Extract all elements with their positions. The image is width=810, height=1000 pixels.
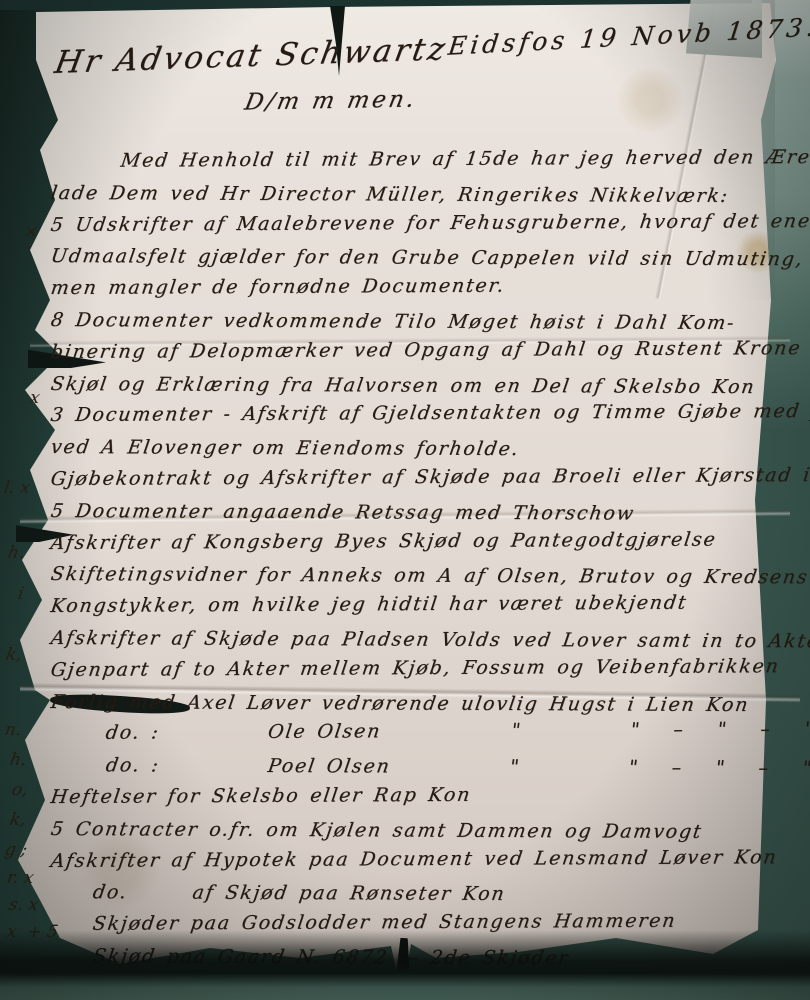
body-line: Afskrifter af Kongsberg Byes Skjød og Pa… [48,528,795,564]
background-bottom-shadow [0,930,810,1000]
body-line: binering af Delopmærker ved Opgang af Da… [48,337,795,373]
margin-mark: i [16,584,25,604]
margin-mark: h. [8,750,28,770]
letter-photo: Eidsfos 19 Novb 1873. Hr Advocat Schwart… [0,0,810,1000]
margin-mark: l. x [2,478,31,498]
margin-mark: r. x [5,868,35,888]
salutation-line: D/m m men. [242,86,419,115]
body-line: Gjenpart af to Akter mellem Kjøb, Fossum… [48,655,795,691]
body-line: 3 Documenter - Afskrift af Gjeldsentakte… [48,400,795,436]
body-line: Gjøbekontrakt og Afskrifter af Skjøde pa… [48,464,795,500]
margin-mark: k, [4,645,23,665]
body-line: Afskrifter af Hypotek paa Document ved L… [48,846,795,882]
body-line: Med Henhold til mit Brev af 15de har jeg… [48,146,795,182]
margin-mark: h. [6,543,26,563]
margin-mark: n. [3,720,23,740]
margin-mark: g ; [3,840,29,860]
body-line: Heftelser for Skelsbo eller Rap Kon [48,782,795,818]
margin-mark: o, [10,780,29,800]
body-line: 5 Udskrifter af Maalebrevene for Fehusgr… [48,210,795,246]
body-line: do. : Ole Olsen " " – " – " [48,718,795,754]
letter-body: Med Henhold til mit Brev af 15de har jeg… [48,150,790,977]
body-line: Kongstykker, om hvilke jeg hidtil har væ… [48,591,795,627]
margin-mark: s. x [7,895,40,915]
margin-mark: k, [8,810,27,830]
body-line: men mangler de fornødne Documenter. [48,273,795,309]
